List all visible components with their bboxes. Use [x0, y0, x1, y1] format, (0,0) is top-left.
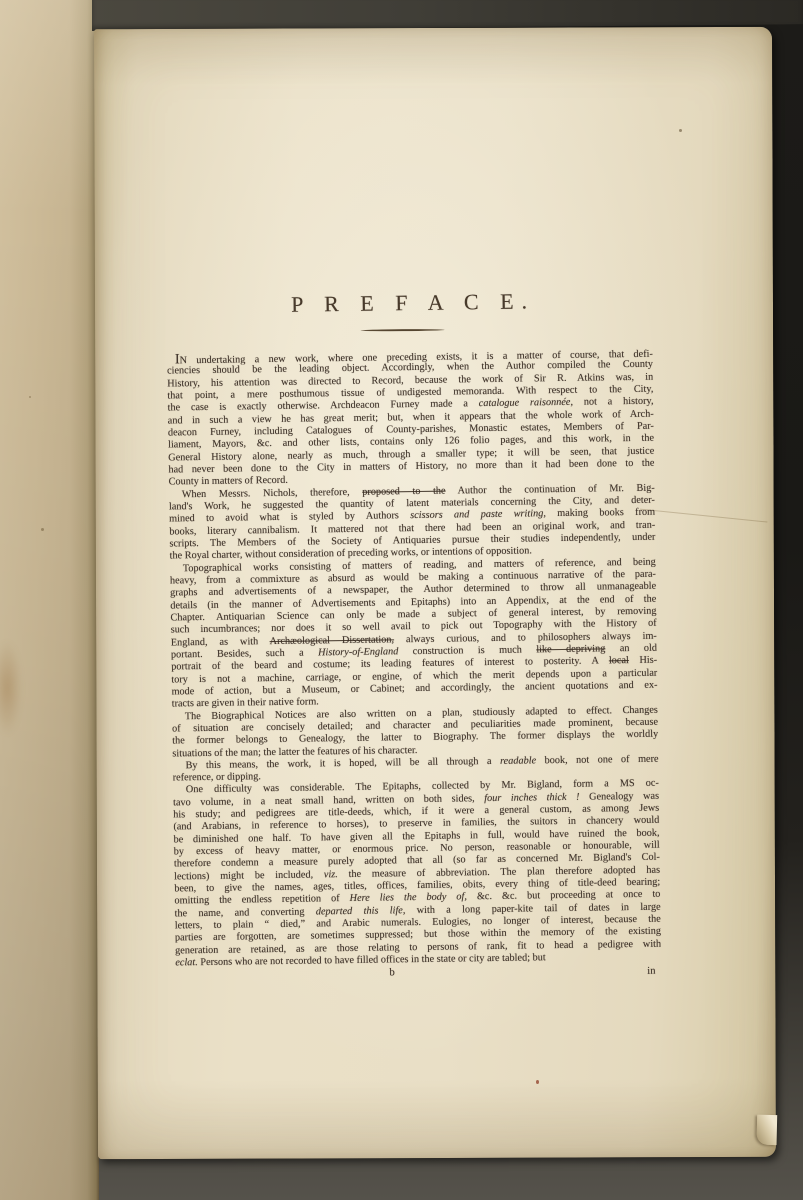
paragraph: When Messrs. Nichols, therefore, propose… — [169, 482, 656, 563]
paper-speck — [41, 528, 44, 531]
text-run: four inches thick ! — [484, 792, 579, 804]
text-run: lections) might be included, — [174, 869, 324, 882]
text-run: Archæological Dissertation, — [270, 634, 395, 647]
title-rule — [360, 329, 444, 332]
text-run: viz. — [324, 869, 338, 880]
text-run: an old — [605, 643, 657, 655]
text-run: His- — [629, 655, 657, 666]
text-run: omitting the endless repetition of — [174, 893, 349, 906]
paragraph: IN undertaking a new work, where one pre… — [167, 347, 655, 489]
text-run: local — [609, 655, 629, 666]
book-page: P R E F A C E. IN undertaking a new work… — [94, 27, 776, 1159]
paper-speck — [679, 129, 682, 132]
text-run: History-of-England — [318, 646, 398, 658]
text-run: scissors and paste writing — [410, 509, 543, 522]
text-run: England, as with — [171, 636, 270, 648]
text-run: , &c. &c. but proceeding at once to — [464, 889, 660, 903]
text-run: readable — [500, 755, 536, 767]
flyleaf-shading — [0, 0, 99, 1200]
text-run: Here lies the body of — [350, 892, 465, 905]
text-run: portant. Besides, such a — [171, 647, 318, 660]
paper-speck — [536, 1080, 539, 1084]
text-run: tracts are given in their native form. — [172, 697, 319, 710]
catchword: in — [647, 966, 655, 977]
text-run: County in matters of Record. — [169, 475, 288, 488]
text-run: Genealogy was — [579, 790, 659, 802]
text-run: reference, or dipping. — [173, 771, 261, 783]
text-run: book, not one of mere — [536, 753, 659, 766]
text-run: eclat. — [175, 957, 198, 968]
text-run: construction is much — [398, 644, 536, 657]
text-run: When Messrs. Nichols, therefore, — [182, 486, 363, 500]
text-run: catalogue raisonnée — [479, 397, 571, 409]
text-run: , making books from — [543, 507, 655, 520]
text-run: departed this life — [316, 905, 403, 917]
paragraph: The Biographical Notices are also writte… — [172, 704, 659, 760]
preface-content: P R E F A C E. IN undertaking a new work… — [166, 287, 662, 982]
signature-mark: b — [389, 968, 394, 979]
text-run: like depriving — [536, 643, 605, 655]
paragraph: One difficulty was considerable. The Epi… — [173, 778, 662, 970]
preface-paragraphs: IN undertaking a new work, where one pre… — [167, 347, 662, 970]
paragraph: Topographical works consisting of matter… — [170, 556, 658, 711]
paper-speck — [29, 396, 31, 398]
text-run: proposed to the — [362, 485, 445, 497]
book-photo: P R E F A C E. IN undertaking a new work… — [0, 0, 803, 1200]
text-run: the name, and converting — [175, 906, 316, 919]
page-title: P R E F A C E. — [166, 287, 652, 320]
text-run: , not a history, — [570, 396, 653, 408]
page-corner-fold — [757, 1115, 778, 1145]
